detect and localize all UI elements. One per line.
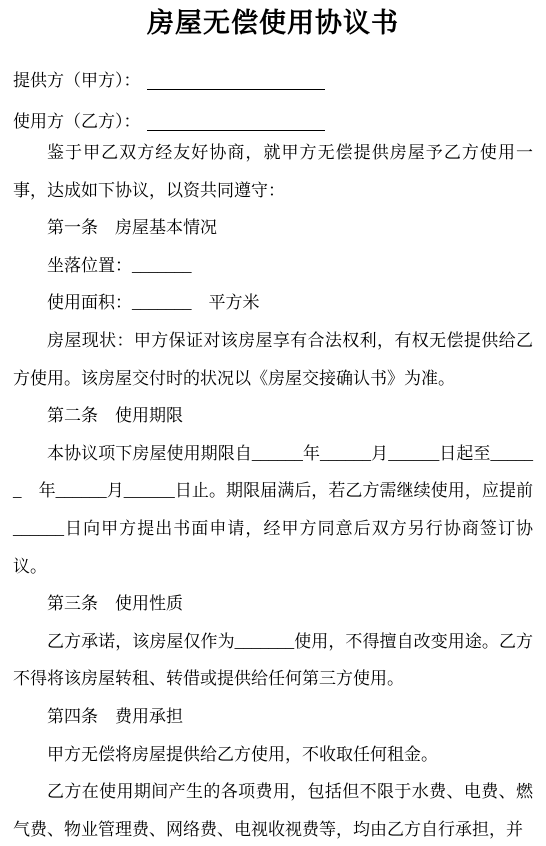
parties-block: 提供方（甲方）： 使用方（乙方）：	[13, 60, 533, 142]
field-location: 坐落位置：_______	[13, 247, 533, 285]
document-title: 房屋无偿使用协议书	[13, 5, 533, 41]
paragraph-use-term: 本协议项下房屋使用期限自______年______月______日起至_____…	[13, 435, 533, 585]
party-user-blank-line	[147, 113, 325, 131]
party-user-label: 使用方（乙方）：	[13, 112, 141, 131]
agreement-body: 鉴于甲乙双方经友好协商，就甲方无偿提供房屋予乙方使用一事，达成如下协议，以资共同…	[13, 134, 533, 846]
clause-2-heading: 第二条 使用期限	[13, 397, 533, 435]
party-provider-blank-line	[147, 72, 325, 90]
clause-1-heading: 第一条 房屋基本情况	[13, 209, 533, 247]
field-area: 使用面积：_______ 平方米	[13, 284, 533, 322]
party-line-provider: 提供方（甲方）：	[13, 60, 533, 101]
paragraph-no-rent: 甲方无偿将房屋提供给乙方使用，不收取任何租金。	[13, 736, 533, 774]
clause-3-heading: 第三条 使用性质	[13, 585, 533, 623]
paragraph-preamble: 鉴于甲乙双方经友好协商，就甲方无偿提供房屋予乙方使用一事，达成如下协议，以资共同…	[13, 134, 533, 209]
paragraph-use-nature: 乙方承诺，该房屋仅作为_______使用，不得擅自改变用途。乙方不得将该房屋转租…	[13, 623, 533, 698]
clause-4-heading: 第四条 费用承担	[13, 698, 533, 736]
document-page: 房屋无偿使用协议书 提供方（甲方）： 使用方（乙方）： 鉴于甲乙双方经友好协商，…	[0, 0, 546, 846]
paragraph-house-condition: 房屋现状：甲方保证对该房屋享有合法权利，有权无偿提供给乙方使用。该房屋交付时的状…	[13, 322, 533, 397]
paragraph-fees: 乙方在使用期间产生的各项费用，包括但不限于水费、电费、燃气费、物业管理费、网络费…	[13, 773, 533, 846]
party-provider-label: 提供方（甲方）：	[13, 71, 141, 90]
